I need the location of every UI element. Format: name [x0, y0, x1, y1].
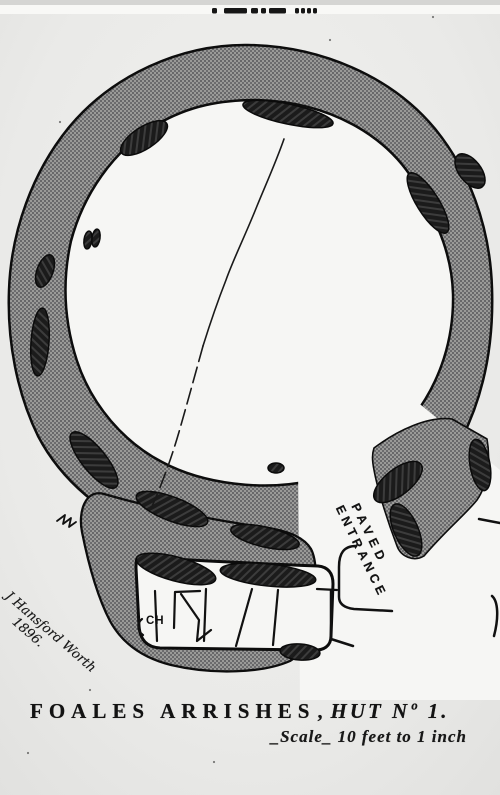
paper-speck	[213, 761, 215, 763]
film-mark	[313, 8, 317, 14]
site-name: FOALES ARRISHES	[30, 699, 315, 723]
stone	[268, 463, 284, 473]
film-mark	[212, 8, 217, 14]
scanned-plan-page: FOALES ARRISHES,HUT Nº 1. _Scale_ 10 fee…	[0, 0, 500, 795]
film-mark	[307, 8, 311, 14]
film-mark	[251, 8, 258, 14]
film-edge-marks	[212, 8, 317, 14]
paper-speck	[89, 689, 91, 691]
paper-speck	[59, 121, 61, 123]
title-separator: ,	[317, 701, 322, 723]
caption-title: FOALES ARRISHES,HUT Nº 1.	[30, 699, 475, 724]
paper-speck	[329, 39, 331, 41]
film-mark	[295, 8, 299, 14]
paper-speck	[432, 16, 434, 18]
scale-caption: _Scale_ 10 feet to 1 inch	[271, 727, 467, 747]
film-mark	[224, 8, 247, 14]
feature-name: HUT Nº 1.	[330, 699, 449, 723]
scan-edge-strip	[0, 0, 500, 5]
film-mark	[269, 8, 286, 14]
film-mark	[301, 8, 305, 14]
paper-speck	[27, 752, 29, 754]
chamber-mark-label: CH	[146, 615, 165, 627]
film-mark	[261, 8, 266, 14]
film-edge-strip	[0, 5, 500, 14]
